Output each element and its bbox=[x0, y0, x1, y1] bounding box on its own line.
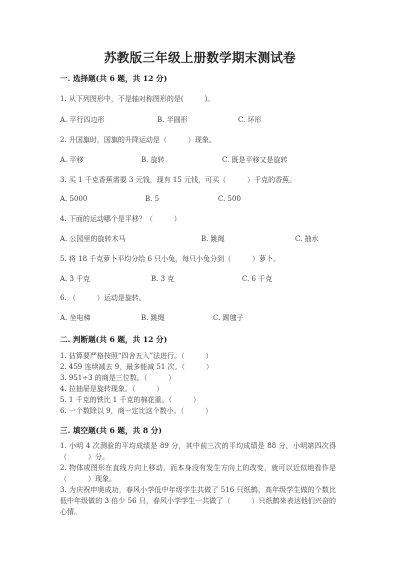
judgement-item-1: 1. 估算要严格按照“四舍五入”法进行。（ ） bbox=[60, 351, 213, 361]
option-5b: B. 3 克 bbox=[151, 274, 174, 284]
question-5: 5. 将 18 千克萝卜平均分给 6 只小兔，每只小兔分到（ ）萝卜。 bbox=[60, 254, 280, 264]
section-heading-fill-blank: 三. 填空题(共 6 题，共 8 分) bbox=[60, 425, 162, 436]
option-1a: A. 平行四边形 bbox=[60, 115, 105, 125]
section-heading-judgement: 二. 判断题(共 6 题，共 12 分) bbox=[60, 334, 167, 345]
option-4b: B. 跳绳 bbox=[201, 234, 225, 244]
option-5c: C. 6 千克 bbox=[242, 274, 272, 284]
fill-blank-item-1: 1. 小明 4 次测验的平均成绩是 89 分，其中前三次的平均成绩是 88 分，… bbox=[60, 441, 336, 463]
judgement-item-3: 3. 951÷3 的商是三位数。（ ） bbox=[60, 373, 175, 383]
section-heading-choice: 一. 选择题(共 6 题，共 12 分) bbox=[60, 73, 167, 84]
question-3: 3. 买 1 千克香蕉需要 3 元钱，现有 15 元钱，可买（ ）千克的香蕉。 bbox=[60, 175, 296, 185]
option-6c: C. 踢毽子 bbox=[213, 313, 244, 323]
option-6a: A. 坐电梯 bbox=[60, 313, 91, 323]
judgement-item-2: 2. 459 连续减去 9，最多能减 51 次。（ ） bbox=[60, 362, 213, 372]
option-4a: A. 公园里的旋转木马 bbox=[60, 234, 126, 244]
question-6: 6. （ ）运动是旋转。 bbox=[60, 293, 146, 303]
option-3a: A. 5000 bbox=[60, 195, 87, 203]
option-4c: C. 抽水 bbox=[295, 234, 319, 244]
exam-title: 苏教版三年级上册数学期末测试卷 bbox=[0, 48, 400, 66]
option-2c: C. 既是平移又是旋转 bbox=[222, 155, 288, 165]
question-1: 1. 从下列图形中，不是轴对称图形的是( )。 bbox=[60, 94, 214, 104]
exam-page: 苏教版三年级上册数学期末测试卷 一. 选择题(共 6 题，共 12 分) 1. … bbox=[0, 0, 400, 566]
fill-blank-item-3: 3. 为庆祝申奥成功，春风小学低中年级学生共做了 516 只纸鹤，高年级学生做的… bbox=[60, 485, 336, 518]
option-5a: A. 3 千克 bbox=[60, 274, 90, 284]
option-2a: A. 平移 bbox=[60, 155, 84, 165]
option-2b: B. 旋转 bbox=[141, 155, 165, 165]
judgement-item-4: 4. 拉抽屉是旋转现象。（ ） bbox=[60, 384, 163, 394]
judgement-item-5: 5. 1 千克的铁比 1 千克的棉花重。（ ） bbox=[60, 395, 200, 405]
option-6b: B. 跳绳 bbox=[141, 313, 165, 323]
fill-blank-item-2: 2. 物体或图形在直线方向上移动，而本身没有发生方向上的改变，就可以近似地看作是… bbox=[60, 463, 336, 485]
question-4: 4. 下面的运动哪个是平移？（ ） bbox=[60, 214, 181, 224]
option-1b: B. 半圆形 bbox=[157, 115, 188, 125]
option-3b: B. 5 bbox=[145, 195, 159, 203]
judgement-item-6: 6. 一个数除以 9，商一定比这个数小。（ ） bbox=[60, 406, 212, 416]
question-2: 2. 升国旗时，国旗的升降运动是（ ）现象。 bbox=[60, 135, 216, 145]
option-3c: C. 500 bbox=[218, 195, 241, 203]
option-1c: C. 环形 bbox=[238, 115, 262, 125]
